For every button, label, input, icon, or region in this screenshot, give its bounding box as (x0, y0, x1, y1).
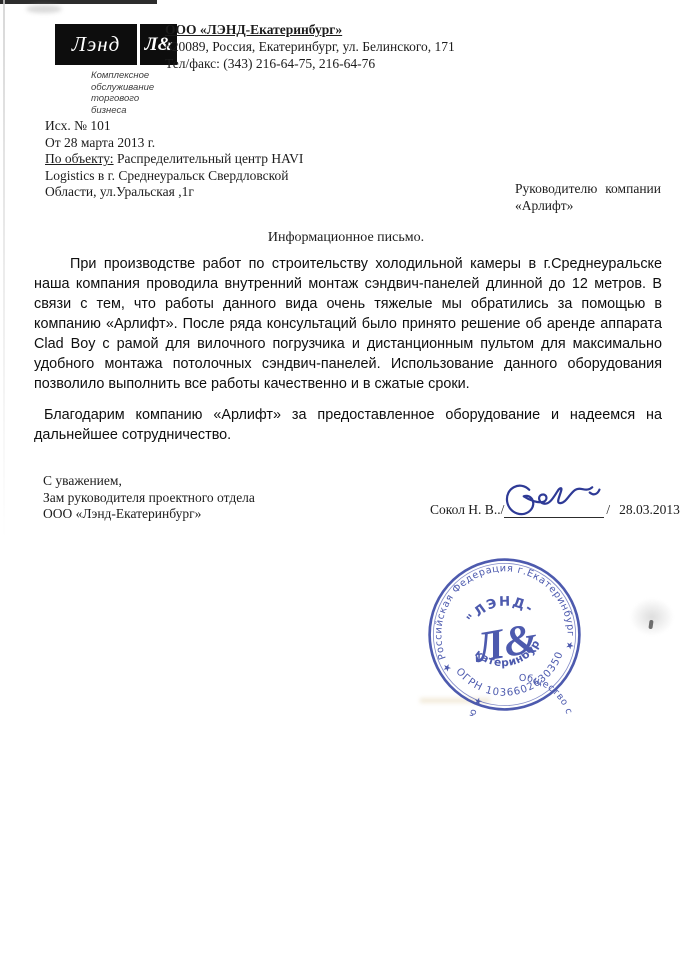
letter-page: Лэнд Л& Комплексное обслуживание торгово… (0, 0, 700, 958)
signature-row: Сокол Н. В../ / 28.03.2013 (430, 500, 680, 518)
outgoing-number: Исх. № 101 (45, 118, 303, 135)
signoff-line-2: Зам руководителя проектного отдела (43, 490, 255, 507)
signature-slash: / (606, 502, 610, 518)
recipient-line-1: Руководителю компании (515, 180, 661, 197)
tagline-line: Комплексное (91, 70, 154, 82)
object-line-2: Logistics в г. Среднеуральск Свердловско… (45, 168, 303, 185)
body-paragraph-1: При производстве работ по строительству … (34, 254, 662, 394)
letter-title: Информационное письмо. (0, 230, 692, 246)
tagline-line: торгового (91, 93, 154, 105)
object-label: По объекту: (45, 151, 114, 166)
outgoing-date: От 28 марта 2013 г. (45, 135, 303, 152)
signer-name: Сокол Н. В../ (430, 502, 504, 518)
company-name: ООО «ЛЭНД-Екатеринбург» (165, 21, 455, 38)
letter-body: При производстве работ по строительству … (34, 254, 662, 445)
company-address: 620089, Россия, Екатеринбург, ул. Белинс… (165, 38, 455, 55)
signature-date: 28.03.2013 (619, 502, 680, 518)
signature-line (504, 500, 604, 518)
company-phone: Тел/факс: (343) 216-64-75, 216-64-76 (165, 55, 455, 72)
recipient-word: Руководителю (515, 180, 597, 197)
tagline-line: бизнеса (91, 105, 154, 117)
scan-artifact-left-line (3, 0, 5, 540)
body-paragraph-2: Благодарим компанию «Арлифт» за предоста… (34, 405, 662, 445)
letterhead: ООО «ЛЭНД-Екатеринбург» 620089, Россия, … (165, 21, 455, 72)
tagline-line: обслуживание (91, 82, 154, 94)
company-stamp: ★ Российская Федерация г.Екатеринбург ★ … (423, 553, 586, 716)
object-line-1: По объекту: Распределительный центр HAVI (45, 151, 303, 168)
scan-artifact-top-bar (0, 0, 157, 4)
recipient-word: компании (605, 180, 661, 197)
recipient-block: Руководителю компании «Арлифт» (515, 180, 661, 214)
handwritten-signature (494, 476, 606, 520)
signoff-line-3: ООО «Лэнд-Екатеринбург» (43, 506, 255, 523)
object-value: Распределительный центр HAVI (114, 151, 304, 166)
recipient-line-2: «Арлифт» (515, 197, 661, 214)
reference-block: Исх. № 101 От 28 марта 2013 г. По объект… (45, 118, 303, 201)
object-line-3: Области, ул.Уральская ,1г (45, 184, 303, 201)
scan-artifact-right-smudge (630, 598, 674, 636)
signoff-block: С уважением, Зам руководителя проектного… (43, 473, 255, 523)
logo-tagline: Комплексное обслуживание торгового бизне… (91, 70, 154, 116)
signoff-line-1: С уважением, (43, 473, 255, 490)
logo-wordmark: Лэнд (55, 24, 137, 65)
scan-artifact-top-smudge (26, 5, 62, 13)
company-logo: Лэнд Л& (55, 24, 177, 65)
